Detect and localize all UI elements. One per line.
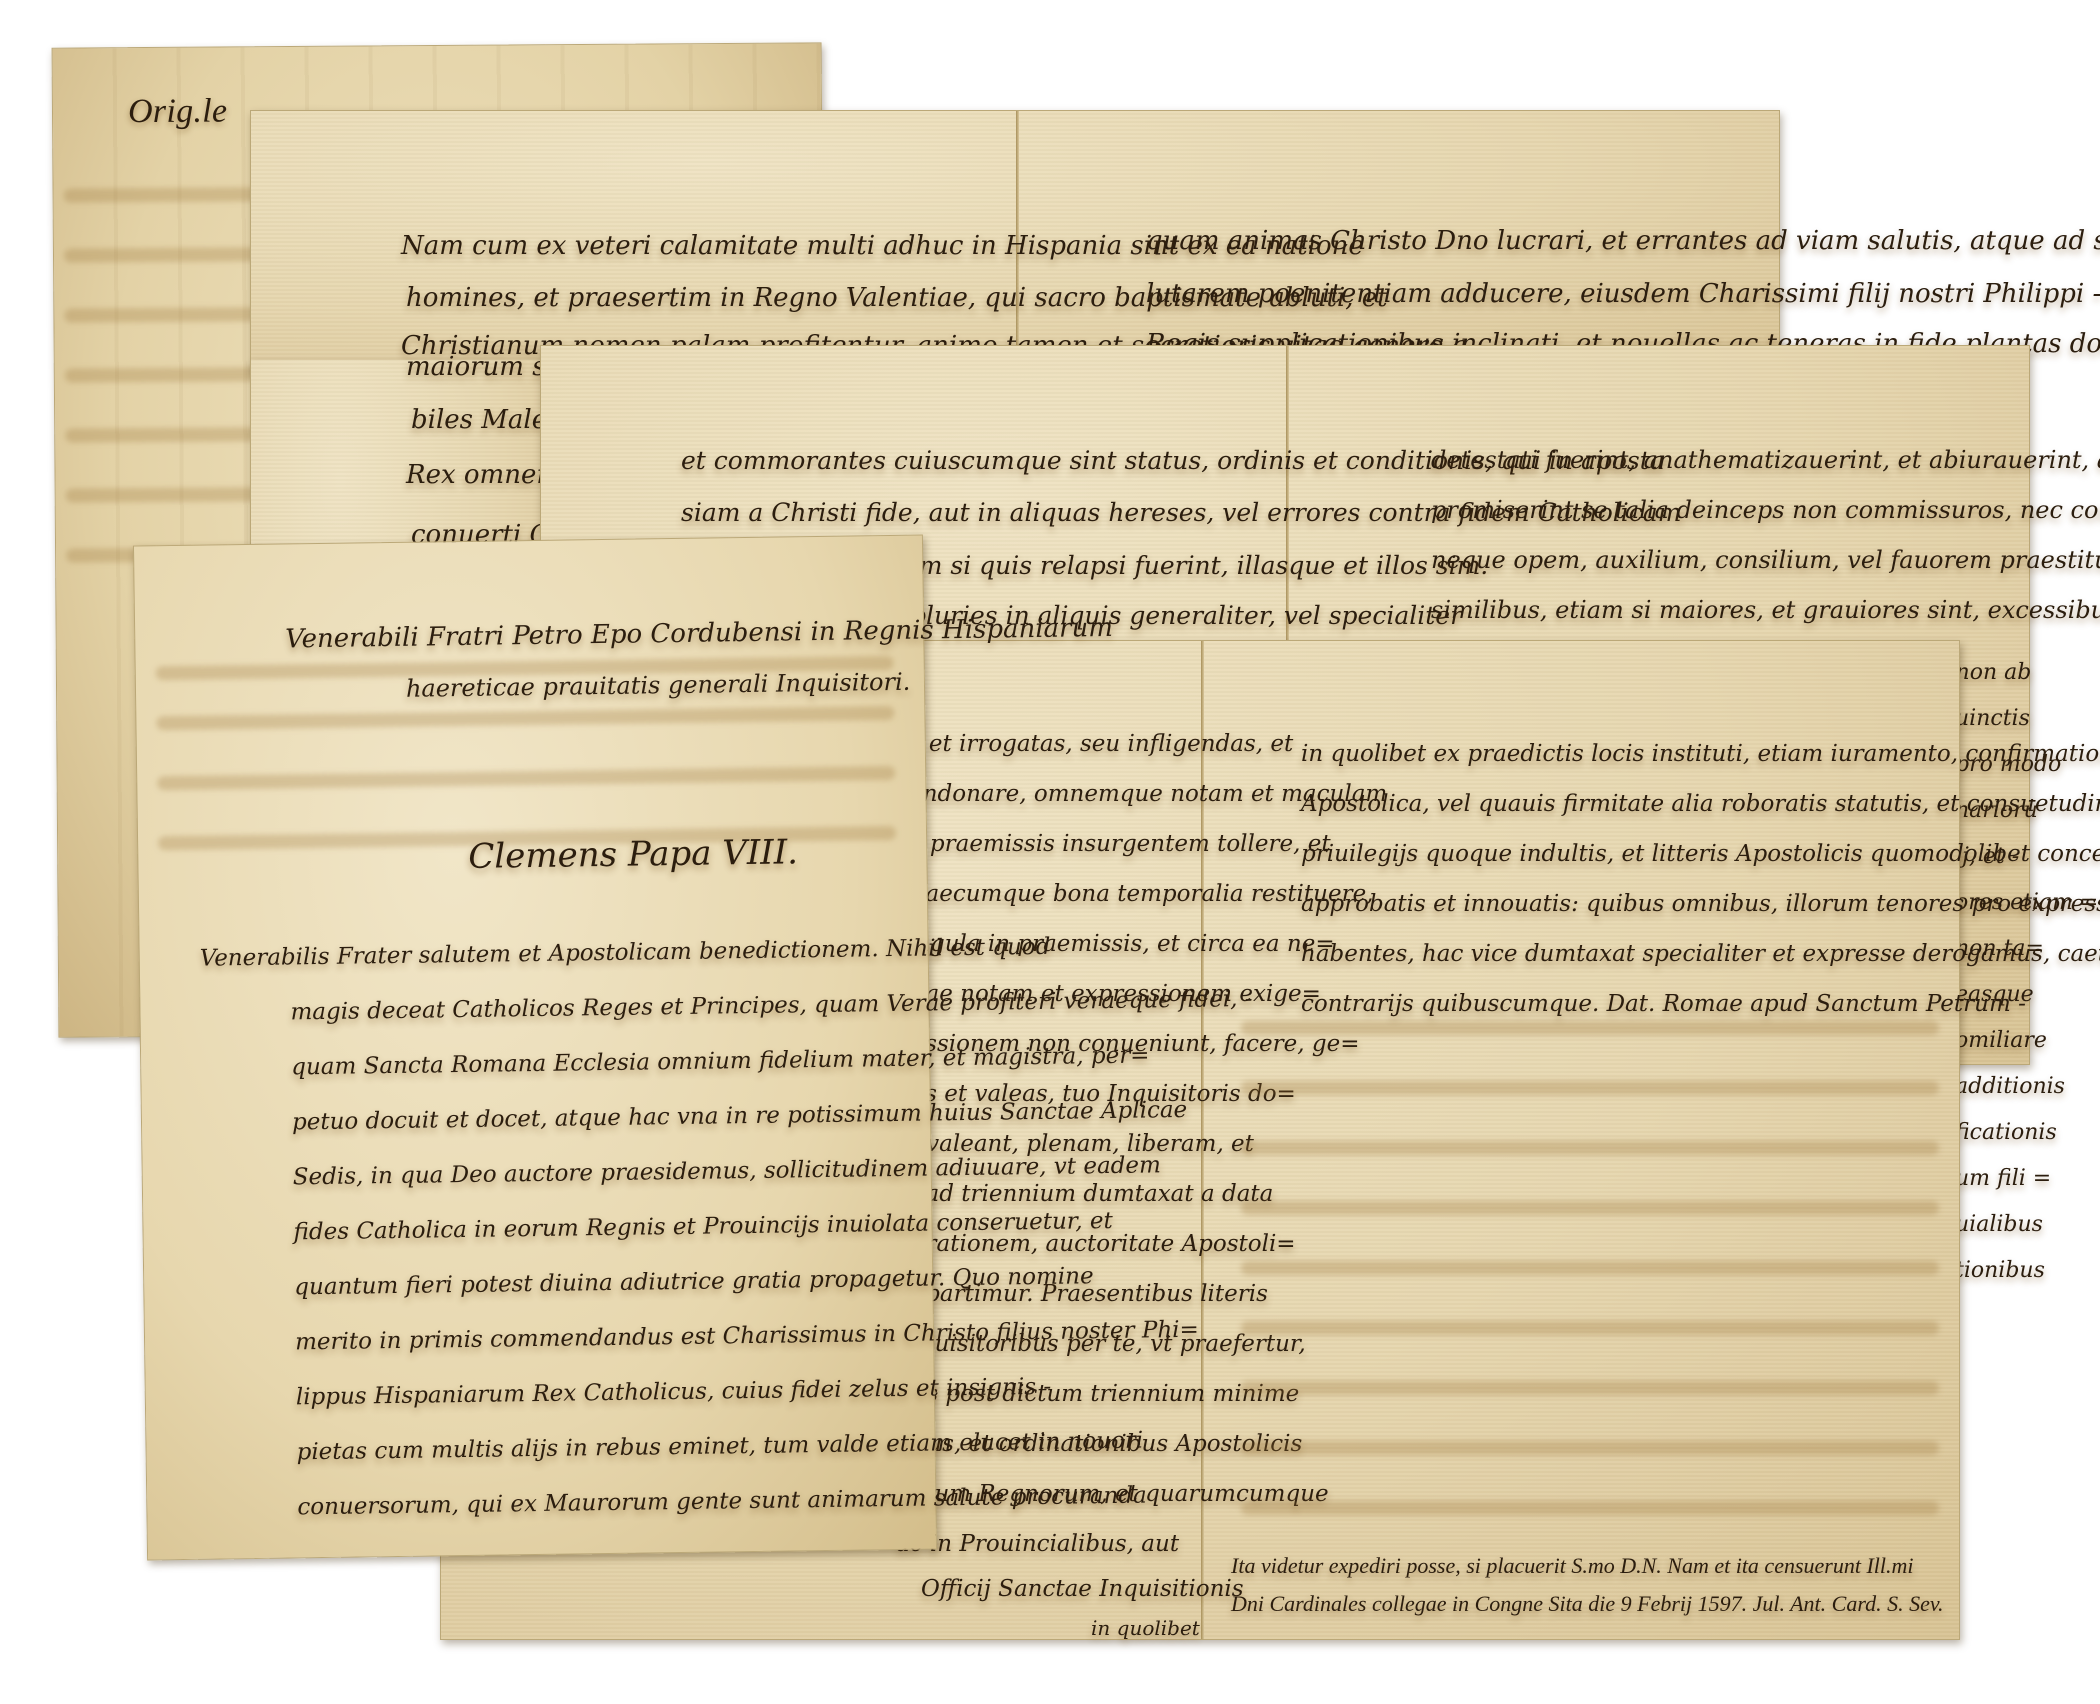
- ink-bleed: [1241, 1021, 1939, 1035]
- text-line: priuilegijs quoque indultis, et litteris…: [1301, 841, 2100, 867]
- text-line: neque opem, auxilium, consilium, vel fau…: [1431, 546, 2100, 574]
- ink-bleed: [1241, 1141, 1939, 1155]
- fragment: ficationis: [1955, 1120, 2057, 1145]
- ink-bleed: [157, 766, 895, 790]
- text-line: as et irrogatas, seu infligendas, et: [896, 731, 1293, 757]
- text-line: quad triennium dumtaxat a data: [896, 1181, 1273, 1207]
- text-line: in quolibet ex praedictis locis institut…: [1301, 741, 2100, 767]
- ink-bleed: [1241, 1381, 1939, 1395]
- text-line: etiam si quis relapsi fuerint, illasque …: [871, 551, 1488, 580]
- ink-bleed: [1241, 1261, 1939, 1275]
- text-line: ac in Prouincialibus, aut: [896, 1531, 1179, 1557]
- top-spread: Nam cum ex veteri calamitate multi adhuc…: [250, 110, 1780, 370]
- text-line: Apostolica, vel quauis firmitate alia ro…: [1301, 791, 2100, 817]
- ink-bleed: [1241, 1321, 1939, 1335]
- fragment: omiliare: [1955, 1028, 2047, 1053]
- fragment: uinctis: [1955, 706, 2030, 731]
- text-line: detestati fuerint, anathematizauerint, e…: [1431, 446, 2100, 474]
- annotation-line: Ita videtur expediri posse, si placuerit…: [1231, 1553, 1914, 1579]
- annotation-line: Dni Cardinales collegae in Congne Sita d…: [1231, 1591, 1943, 1617]
- text-line: Officij Sanctae Inquisitionis: [921, 1576, 1244, 1602]
- text-line: promiserint se talia deinceps non commis…: [1431, 496, 2100, 524]
- ink-bleed: [1241, 1201, 1939, 1215]
- text-line: similibus, etiam si maiores, et grauiore…: [1431, 596, 2100, 624]
- ink-bleed: [1241, 1081, 1939, 1095]
- fragment: um fili =: [1955, 1166, 2051, 1191]
- body-line: Venerabilis Frater salutem et Apostolica…: [200, 934, 1051, 972]
- address-line: haereticae prauitatis generali Inquisito…: [406, 668, 911, 703]
- text-line: habentes, hac vice dumtaxat specialiter …: [1301, 941, 2100, 967]
- ink-bleed: [1241, 1441, 1939, 1455]
- fragment: uialibus: [1955, 1212, 2043, 1237]
- front-letter-sheet: Venerabili Fratri Petro Epo Cordubensi i…: [133, 535, 937, 1561]
- fragment: additionis: [1955, 1074, 2065, 1099]
- ink-bleed: [156, 706, 894, 730]
- ink-bleed: [1241, 1501, 1939, 1515]
- text-line: approbatis et innouatis: quibus omnibus,…: [1301, 891, 2100, 917]
- text-line: quam animas Christo Dno lucrari, et erra…: [1146, 226, 2100, 256]
- letter-heading: Clemens Papa VIII.: [468, 832, 798, 877]
- fragment: tionibus: [1955, 1258, 2045, 1283]
- text-line: ex praemissis insurgentem tollere, et: [896, 831, 1331, 857]
- text-line: lutarem poenitentiam adducere, eiusdem C…: [1146, 279, 2100, 309]
- text-line: contrarijs quibuscumque. Dat. Romae apud…: [1301, 991, 2026, 1017]
- original-note: Orig.le: [128, 92, 228, 131]
- text-line: in quolibet: [1091, 1616, 1200, 1640]
